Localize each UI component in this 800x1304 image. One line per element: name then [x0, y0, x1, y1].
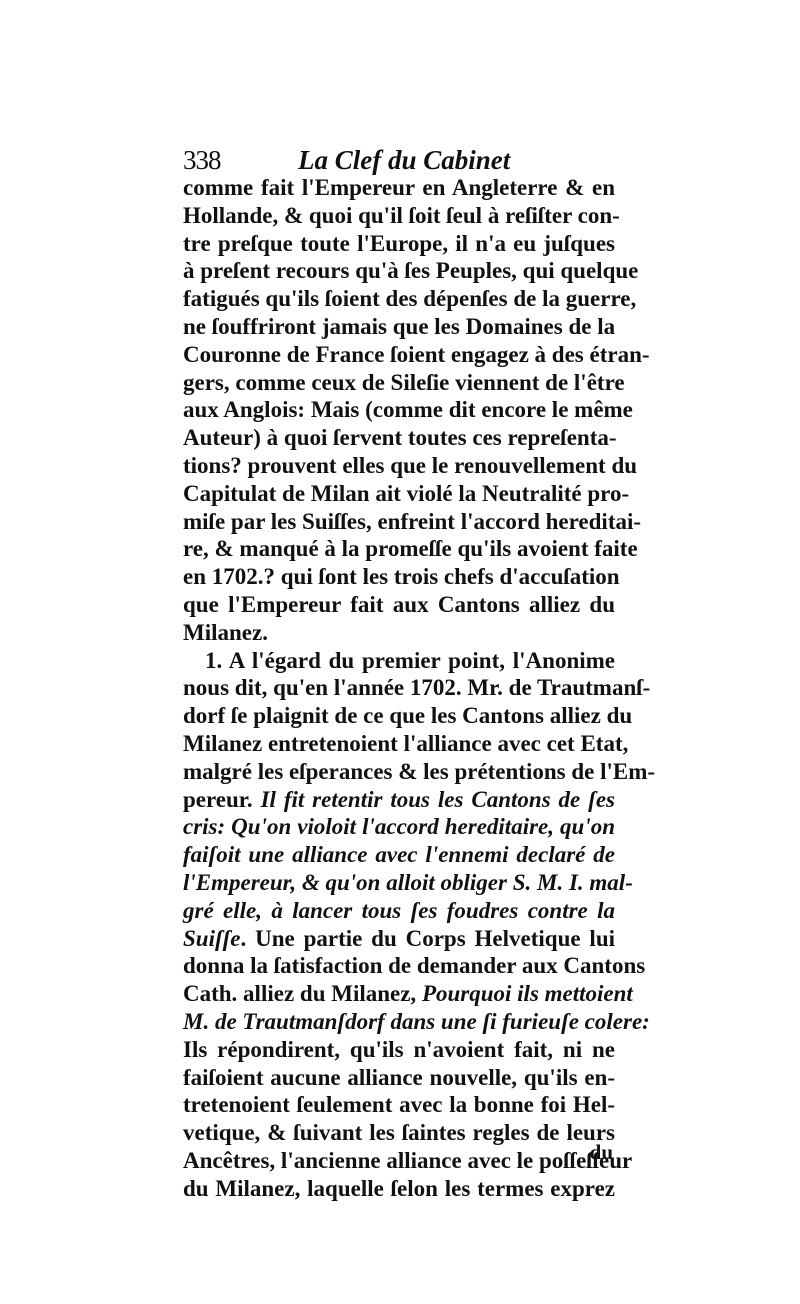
text-segment: pereur. [183, 787, 261, 812]
text-segment: que l'Empereur fait aux Cantons alliez d… [183, 592, 615, 617]
text-line: tre preſque toute l'Europe, il n'a eu ju… [183, 230, 615, 258]
text-segment: 1. A l'égard du premier point, l'Anonime [205, 648, 615, 673]
text-line: du Milanez, laquelle ſelon les termes ex… [183, 1175, 615, 1203]
text-line: tions? prouvent elles que le renouvellem… [183, 452, 615, 480]
text-line: pereur. Il fit retentir tous les Cantons… [183, 786, 615, 814]
text-line: aux Anglois: Mais (comme dit encore le m… [183, 396, 615, 424]
text-segment: faiſoient aucune alliance nouvelle, qu'i… [183, 1065, 615, 1090]
text-segment: ne ſouffriront jamais que les Domaines d… [183, 314, 615, 339]
italic-segment: Il fit retentir tous les Cantons de ſes [261, 787, 615, 812]
text-segment: fatigués qu'ils ſoient des dépenſes de l… [183, 286, 636, 311]
text-line: Ancêtres, l'ancienne alliance avec le po… [183, 1147, 615, 1175]
text-segment: re, & manqué à la promeſſe qu'ils avoien… [183, 536, 638, 561]
text-line: Ils répondirent, qu'ils n'avoient fait, … [183, 1036, 615, 1064]
text-line: Cath. alliez du Milanez, Pourquoi ils me… [183, 980, 615, 1008]
text-line: dorf ſe plaignit de ce que les Cantons a… [183, 702, 615, 730]
page-number: 338 [183, 143, 221, 177]
text-segment: . Une partie du Corps Helvetique lui [241, 926, 616, 951]
text-segment: dorf ſe plaignit de ce que les Cantons a… [183, 703, 632, 728]
text-segment: Cath. alliez du Milanez, [183, 981, 422, 1006]
text-line: M. de Trautmanſdorf dans une ſi furieuſe… [183, 1008, 615, 1036]
text-segment: Milanez entretenoient l'alliance avec ce… [183, 731, 628, 756]
text-segment: à preſent recours qu'à ſes Peuples, qui … [183, 258, 638, 283]
page-header: 338 La Clef du Cabinet [183, 143, 613, 177]
text-segment: du Milanez, laquelle ſelon les termes ex… [183, 1176, 615, 1201]
text-line: Hollande, & quoi qu'il ſoit ſeul à reſiſ… [183, 202, 615, 230]
text-line: miſe par les Suiſſes, enfreint l'accord … [183, 508, 615, 536]
text-segment: Auteur) à quoi ſervent toutes ces repreſ… [183, 425, 617, 450]
text-line: Capitulat de Milan ait violé la Neutrali… [183, 480, 615, 508]
text-segment: nous dit, qu'en l'année 1702. Mr. de Tra… [183, 675, 650, 700]
text-segment: en 1702.? qui ſont les trois chefs d'acc… [183, 564, 620, 589]
text-line: en 1702.? qui ſont les trois chefs d'acc… [183, 563, 615, 591]
text-segment: vetique, & ſuivant les ſaintes regles de… [183, 1120, 615, 1145]
italic-segment: Pourquoi ils mettoient [422, 981, 633, 1006]
text-segment: gers, comme ceux de Sileſie viennent de … [183, 370, 625, 395]
text-line: fatigués qu'ils ſoient des dépenſes de l… [183, 285, 615, 313]
text-segment: miſe par les Suiſſes, enfreint l'accord … [183, 509, 641, 534]
text-line: l'Empereur, & qu'on alloit obliger S. M.… [183, 869, 615, 897]
text-line: faiſoit une alliance avec l'ennemi decla… [183, 841, 615, 869]
text-line: malgré les eſperances & les prétentions … [183, 758, 615, 786]
italic-segment: M. de Trautmanſdorf dans une ſi furieuſe… [183, 1009, 650, 1034]
text-line: faiſoient aucune alliance nouvelle, qu'i… [183, 1064, 615, 1092]
book-page: 338 La Clef du Cabinet comme fait l'Empe… [0, 0, 800, 1304]
text-line: que l'Empereur fait aux Cantons alliez d… [183, 591, 615, 619]
text-segment: comme fait l'Empereur en Angleterre & en [183, 175, 615, 200]
italic-segment: gré elle, à lancer tous ſes foudres cont… [183, 898, 615, 923]
catchword: du [590, 1138, 613, 1166]
text-line: Milanez entretenoient l'alliance avec ce… [183, 730, 615, 758]
text-line: Suiſſe. Une partie du Corps Helvetique l… [183, 925, 615, 953]
running-title: La Clef du Cabinet [298, 143, 510, 177]
text-segment: tre preſque toute l'Europe, il n'a eu ju… [183, 231, 615, 256]
text-line: ne ſouffriront jamais que les Domaines d… [183, 313, 615, 341]
italic-segment: Suiſſe [183, 926, 241, 951]
italic-segment: l'Empereur, & qu'on alloit obliger S. M.… [183, 870, 633, 895]
text-line: cris: Qu'on violoit l'accord hereditaire… [183, 813, 615, 841]
italic-segment: faiſoit une alliance avec l'ennemi decla… [183, 842, 615, 867]
text-segment: aux Anglois: Mais (comme dit encore le m… [183, 397, 633, 422]
text-line: à preſent recours qu'à ſes Peuples, qui … [183, 257, 615, 285]
text-segment: Hollande, & quoi qu'il ſoit ſeul à reſiſ… [183, 203, 620, 228]
text-line: 1. A l'égard du premier point, l'Anonime [183, 647, 615, 675]
body-text: comme fait l'Empereur en Angleterre & en… [183, 174, 615, 1202]
text-line: vetique, & ſuivant les ſaintes regles de… [183, 1119, 615, 1147]
text-segment: Ancêtres, l'ancienne alliance avec le po… [183, 1148, 632, 1173]
text-line: nous dit, qu'en l'année 1702. Mr. de Tra… [183, 674, 615, 702]
text-segment: tretenoient ſeulement avec la bonne foi … [183, 1092, 615, 1117]
text-line: Milanez. [183, 619, 615, 647]
text-segment: Ils répondirent, qu'ils n'avoient fait, … [183, 1037, 615, 1062]
text-line: donna la ſatisfaction de demander aux Ca… [183, 952, 615, 980]
italic-segment: cris: Qu'on violoit l'accord hereditaire… [183, 814, 615, 839]
text-segment: Capitulat de Milan ait violé la Neutrali… [183, 481, 629, 506]
text-line: tretenoient ſeulement avec la bonne foi … [183, 1091, 615, 1119]
text-line: Couronne de France ſoient engagez à des … [183, 341, 615, 369]
text-line: comme fait l'Empereur en Angleterre & en [183, 174, 615, 202]
text-line: re, & manqué à la promeſſe qu'ils avoien… [183, 535, 615, 563]
text-line: Auteur) à quoi ſervent toutes ces repreſ… [183, 424, 615, 452]
text-line: gers, comme ceux de Sileſie viennent de … [183, 369, 615, 397]
text-line: gré elle, à lancer tous ſes foudres cont… [183, 897, 615, 925]
text-segment: donna la ſatisfaction de demander aux Ca… [183, 953, 645, 978]
text-segment: Couronne de France ſoient engagez à des … [183, 342, 650, 367]
text-segment: Milanez. [183, 620, 268, 645]
text-segment: malgré les eſperances & les prétentions … [183, 759, 655, 784]
text-segment: tions? prouvent elles que le renouvellem… [183, 453, 637, 478]
